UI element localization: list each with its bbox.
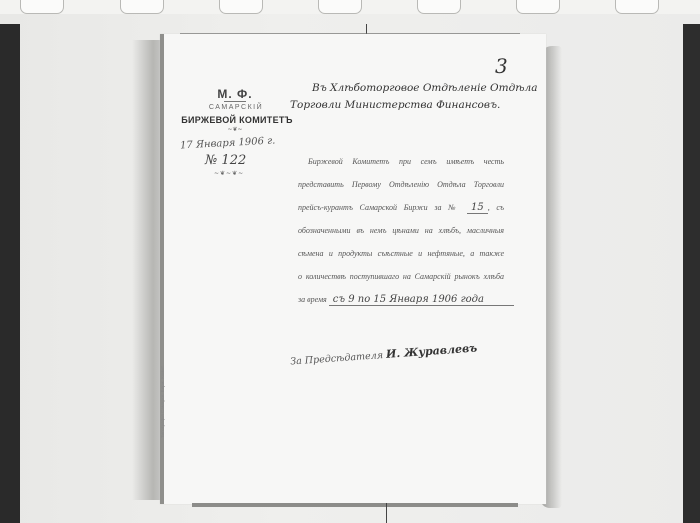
letterhead-ornament: ~❦~ [220, 126, 250, 133]
addressee-line: Въ Хлѣботорговое Отдѣленіе Отдѣла [290, 80, 540, 97]
page-bottom-shadow [192, 503, 518, 507]
outgoing-number: № 122 [205, 153, 246, 168]
handwritten-pricelist-number: 15 [467, 202, 488, 214]
body-line: представить Первому Отдѣленію Отдѣла Тор… [298, 173, 504, 196]
film-perforation [318, 0, 362, 14]
body-line: сѣмена и продукты съѣстные и нефтяные, а… [298, 242, 504, 265]
film-perforation [219, 0, 263, 14]
film-perforation [417, 0, 461, 14]
body-line-text: за время [298, 295, 327, 304]
letterhead-rule [224, 101, 246, 102]
film-perforation [516, 0, 560, 14]
handwritten-period: съ 9 по 15 Января 1906 года [329, 294, 514, 306]
outgoing-ornament: ~❦~❦~ [214, 170, 244, 177]
body-line: за время съ 9 по 15 Января 1906 года [298, 288, 504, 311]
body-line-text: прейсъ-курантъ Самарской Биржи за № [298, 203, 460, 212]
letterhead-city: САМАРСКІЙ [186, 104, 286, 111]
film-perforation [20, 0, 64, 14]
page-left-shadow [132, 40, 162, 500]
film-edge-left [0, 24, 20, 523]
film-edge-right [683, 24, 700, 523]
body-line: прейсъ-курантъ Самарской Биржи за № 15, … [298, 196, 504, 219]
body-line: обозначенными въ немъ цѣнами на хлѣбъ, м… [298, 219, 504, 242]
registration-tick-bottom [386, 503, 387, 523]
letterhead-ministry: М. Ф. [205, 87, 265, 101]
body-line: Биржевой Комитетъ при семъ имѣетъ честь [298, 150, 504, 173]
addressee-block: Въ Хлѣботорговое Отдѣленіе Отдѣла Торгов… [290, 80, 540, 114]
microfilm-perforation-strip [0, 0, 700, 14]
film-perforation [120, 0, 164, 14]
folio-number: 3 [495, 54, 508, 78]
film-perforation [615, 0, 659, 14]
body-line-suffix: , съ [488, 203, 504, 212]
body-line: о количествѣ поступившаго на Самарскій р… [298, 265, 504, 288]
letterhead-committee: БИРЖЕВОЙ КОМИТЕТЪ [178, 115, 296, 125]
letter-body: Биржевой Комитетъ при семъ имѣетъ честь … [298, 150, 504, 311]
addressee-line: Торговли Министерства Финансовъ. [290, 97, 540, 114]
printer-mark: Типографія Самарск. Бирж. Комит. [160, 362, 186, 442]
